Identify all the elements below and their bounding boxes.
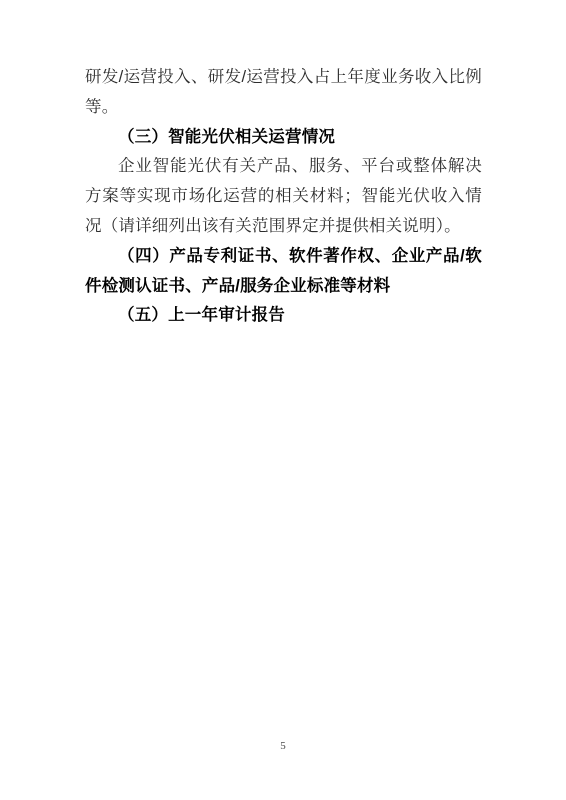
page-number: 5 — [0, 740, 566, 752]
heading-section-three: （三）智能光伏相关运营情况 — [85, 123, 482, 153]
document-text-block: 研发/运营投入、研发/运营投入占上年度业务收入比例等。 （三）智能光伏相关运营情… — [85, 63, 482, 331]
paragraph-continuation: 研发/运营投入、研发/运营投入占上年度业务收入比例等。 — [85, 63, 482, 123]
heading-section-five: （五）上一年审计报告 — [85, 301, 482, 331]
paragraph-section-three-body: 企业智能光伏有关产品、服务、平台或整体解决方案等实现市场化运营的相关材料；智能光… — [85, 152, 482, 241]
document-page: 研发/运营投入、研发/运营投入占上年度业务收入比例等。 （三）智能光伏相关运营情… — [0, 0, 566, 800]
heading-section-four: （四）产品专利证书、软件著作权、企业产品/软件检测认证书、产品/服务企业标准等材… — [85, 242, 482, 302]
